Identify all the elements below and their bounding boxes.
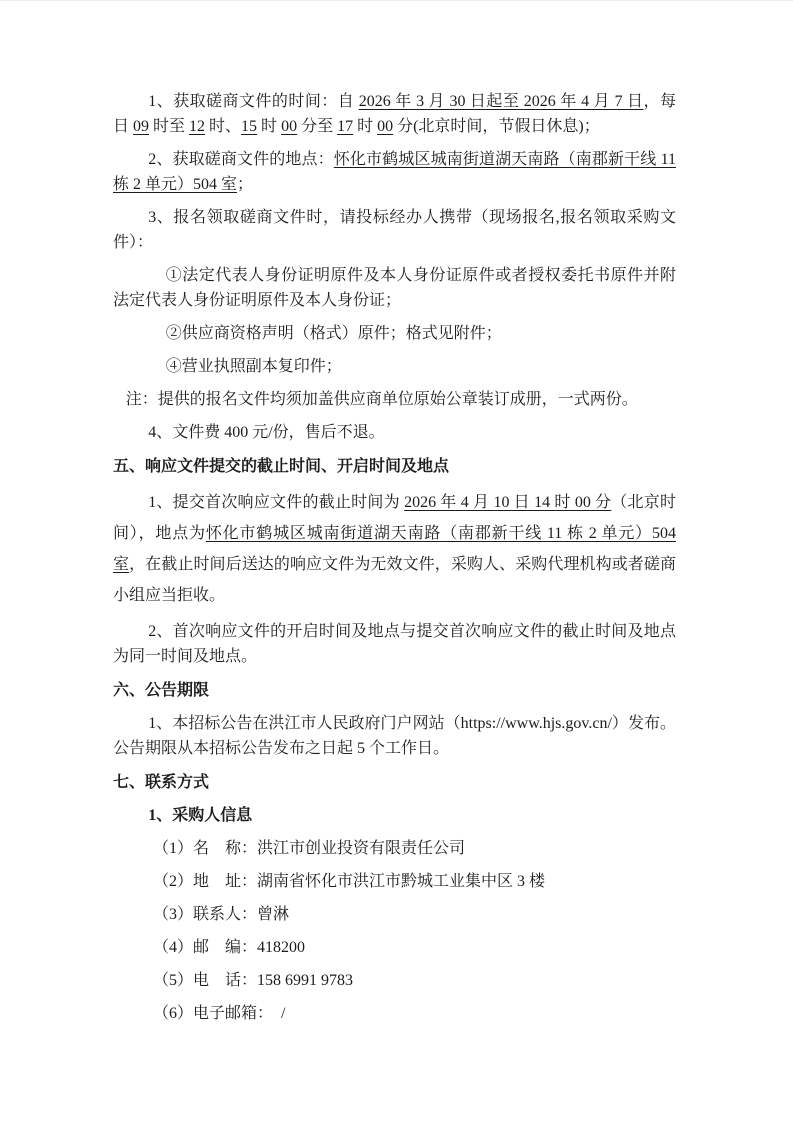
underlined-text: 2026 年 4 月 10 日 14 时 00 分 — [404, 494, 611, 511]
heading-section-7: 七、联系方式 — [113, 770, 676, 795]
subheading-purchaser-info: 1、采购人信息 — [113, 803, 676, 828]
para-doc-fee: 4、文件费 400 元/份，售后不退。 — [113, 420, 676, 445]
underlined-text: 00 — [281, 118, 297, 135]
text-run: 1、本招标公告在洪江市人民政府门户网站（https://www.hjs.gov.… — [113, 715, 676, 757]
text-run: 1、采购人信息 — [148, 807, 252, 824]
para-opening-time: 2、首次响应文件的开启时间及地点与提交首次响应文件的截止时间及地点为同一时间及地… — [113, 619, 676, 669]
para-requirement-1: ①法定代表人身份证明原件及本人身份证原件或者授权委托书原件并附法定代表人身份证明… — [113, 263, 676, 313]
para-registration-requirements: 3、报名领取磋商文件时，请投标经办人携带（现场报名,报名领取采购文件）： — [113, 205, 676, 255]
text-run: ； — [237, 176, 253, 193]
text-run: 时 — [257, 118, 281, 135]
text-run: （6）电子邮箱： / — [153, 1005, 285, 1022]
underlined-text: 15 — [241, 118, 257, 135]
para-note: 注：提供的报名文件均须加盖供应商单位原始公章装订成册，一式两份。 — [113, 387, 676, 412]
text-run: 2、首次响应文件的开启时间及地点与提交首次响应文件的截止时间及地点为同一时间及地… — [113, 623, 676, 665]
text-run: （5）电 话：158 6991 9783 — [153, 972, 353, 989]
underlined-text: 2026 年 3 月 30 日起至 2026 年 4 月 7 日 — [359, 93, 644, 110]
text-run: 注：提供的报名文件均须加盖供应商单位原始公章装订成册，一式两份。 — [126, 391, 638, 408]
para-requirement-4: ④营业执照副本复印件； — [113, 354, 676, 379]
text-run: 时 — [353, 118, 377, 135]
text-run: 1、获取磋商文件的时间：自 — [148, 93, 359, 110]
text-run: 时至 — [149, 118, 189, 135]
contact-phone: （5）电 话：158 6991 9783 — [113, 968, 676, 993]
para-requirement-2: ②供应商资格声明（格式）原件；格式见附件； — [113, 321, 676, 346]
document-page: 1、获取磋商文件的时间：自 2026 年 3 月 30 日起至 2026 年 4… — [0, 0, 793, 1122]
underlined-text: 17 — [337, 118, 353, 135]
heading-section-5: 五、响应文件提交的截止时间、开启时间及地点 — [113, 454, 676, 479]
text-run: ②供应商资格声明（格式）原件；格式见附件； — [166, 325, 502, 342]
para-doc-obtain-time: 1、获取磋商文件的时间：自 2026 年 3 月 30 日起至 2026 年 4… — [113, 89, 676, 139]
text-run: ①法定代表人身份证明原件及本人身份证原件或者授权委托书原件并附法定代表人身份证明… — [113, 267, 676, 309]
text-run: 五、响应文件提交的截止时间、开启时间及地点 — [113, 458, 449, 475]
text-run: （2）地 址：湖南省怀化市洪江市黔城工业集中区 3 楼 — [153, 873, 545, 890]
text-run: 分至 — [297, 118, 337, 135]
text-run: 时、 — [205, 118, 241, 135]
text-run: 七、联系方式 — [113, 774, 209, 791]
underlined-text: 00 — [377, 118, 393, 135]
heading-section-6: 六、公告期限 — [113, 678, 676, 703]
para-doc-obtain-location: 2、获取磋商文件的地点：怀化市鹤城区城南街道湖天南路（南郡新干线 11 栋 2 … — [113, 147, 676, 197]
contact-postcode: （4）邮 编：418200 — [113, 935, 676, 960]
document-content: 1、获取磋商文件的时间：自 2026 年 3 月 30 日起至 2026 年 4… — [113, 89, 676, 1034]
text-run: ④营业执照副本复印件； — [166, 358, 342, 375]
text-run: 1、提交首次响应文件的截止时间为 — [148, 494, 404, 511]
text-run: 分(北京时间，节假日休息)； — [393, 118, 600, 135]
underlined-text: 12 — [189, 118, 205, 135]
para-submission-deadline: 1、提交首次响应文件的截止时间为 2026 年 4 月 10 日 14 时 00… — [113, 487, 676, 611]
contact-address: （2）地 址：湖南省怀化市洪江市黔城工业集中区 3 楼 — [113, 869, 676, 894]
underlined-text: 09 — [133, 118, 149, 135]
contact-name: （1）名 称：洪江市创业投资有限责任公司 — [113, 836, 676, 861]
contact-email: （6）电子邮箱： / — [113, 1001, 676, 1026]
contact-person: （3）联系人：曾淋 — [113, 902, 676, 927]
para-announcement-period: 1、本招标公告在洪江市人民政府门户网站（https://www.hjs.gov.… — [113, 711, 676, 761]
text-run: ，在截止时间后送达的响应文件为无效文件，采购人、采购代理机构或者磋商小组应当拒收… — [113, 556, 676, 604]
text-run: （3）联系人：曾淋 — [153, 906, 289, 923]
text-run: 六、公告期限 — [113, 682, 209, 699]
text-run: 3、报名领取磋商文件时，请投标经办人携带（现场报名,报名领取采购文件）： — [113, 209, 676, 251]
text-run: （4）邮 编：418200 — [153, 939, 305, 956]
text-run: 4、文件费 400 元/份，售后不退。 — [148, 424, 384, 441]
text-run: （1）名 称：洪江市创业投资有限责任公司 — [153, 840, 465, 857]
text-run: 2、获取磋商文件的地点： — [148, 151, 334, 168]
